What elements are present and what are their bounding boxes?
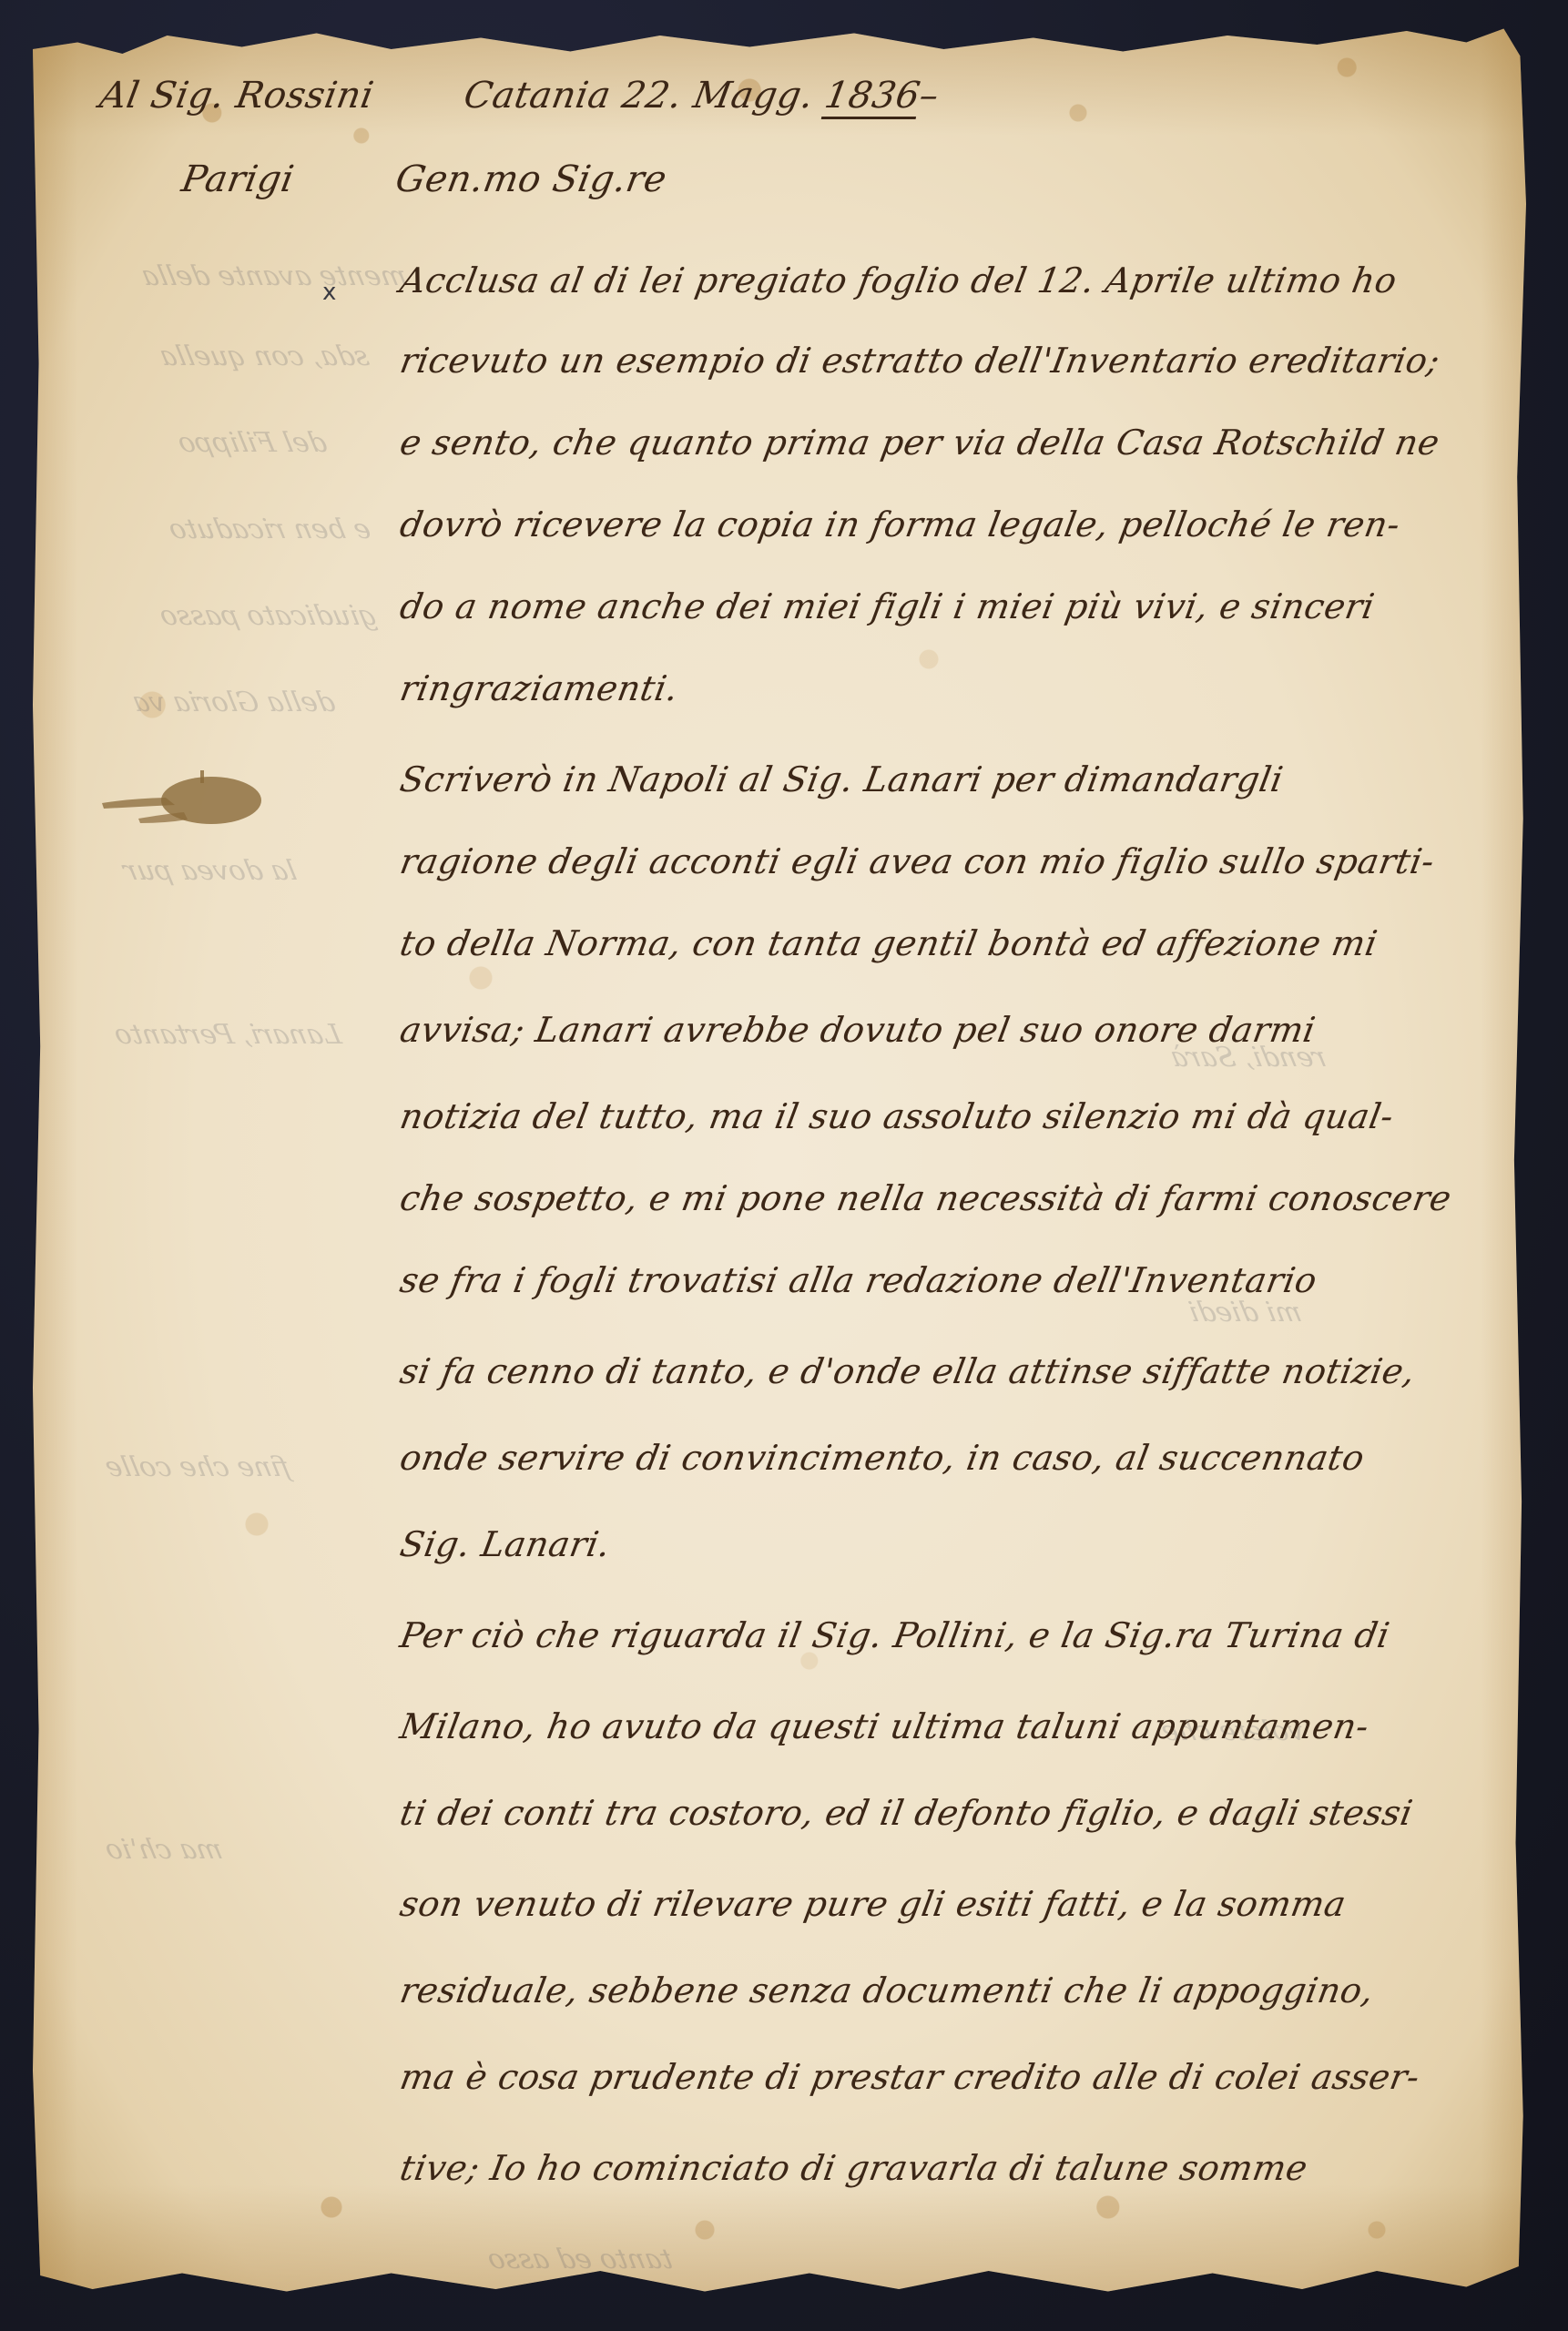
body-line: dovrò ricevere la copia in forma legale,…: [397, 504, 1403, 545]
bleed-through-line: della Gloria va: [129, 687, 338, 718]
bleed-through-line: sda, con quella: [157, 341, 372, 372]
letter-year: 1836: [821, 75, 923, 117]
date-line: Catania 22. Magg. 1836–: [461, 75, 942, 117]
body-line: son venuto di rilevare pure gli esiti fa…: [397, 1884, 1349, 1924]
body-line: si fa cenno di tanto, e d'onde ella atti…: [397, 1351, 1419, 1391]
body-line: notizia del tutto, ma il suo assoluto si…: [397, 1096, 1397, 1136]
bleed-through-line: del Filippo: [175, 427, 330, 459]
letter-sheet: mente avante della sda, con quella del F…: [33, 22, 1526, 2298]
bleed-through-line: la dovea pur: [120, 855, 300, 887]
place-date: Catania 22. Magg.: [461, 75, 817, 117]
body-line: avvisa; Lanari avrebbe dovuto pel suo on…: [397, 1010, 1319, 1050]
body-line: se fra i fogli trovatisi alla redazione …: [397, 1260, 1320, 1300]
margin-x-mark: x: [322, 279, 336, 306]
body-line: che sospetto, e mi pone nella necessità …: [397, 1178, 1454, 1218]
recipient-name: Al Sig. Rossini: [97, 75, 377, 117]
body-line: ma è cosa prudente di prestar credito al…: [397, 2057, 1423, 2097]
body-line: Acclusa al di lei pregiato foglio del 12…: [397, 260, 1400, 300]
ink-stain-icon: [93, 769, 275, 832]
body-line: onde servire di convincimento, in caso, …: [397, 1438, 1368, 1478]
salutation: Gen.mo Sig.re: [392, 158, 670, 200]
bleed-through-line: tanto ed asso: [484, 2244, 676, 2275]
bleed-through-line: giudicato passo: [157, 600, 380, 632]
body-line: Sig. Lanari.: [397, 1524, 614, 1564]
bleed-through-line: ma ch'io: [102, 1834, 225, 1866]
body-line: ragione degli acconti egli avea con mio …: [397, 841, 1438, 881]
body-line: ricevuto un esempio di estratto dell'Inv…: [397, 341, 1443, 381]
bleed-through-line: e ben ricaduto: [166, 514, 373, 545]
body-line: Per ciò che riguarda il Sig. Pollini, e …: [397, 1615, 1393, 1655]
body-line: Scriverò in Napoli al Sig. Lanari per di…: [397, 759, 1287, 799]
bleed-through-line: mi diedi: [1186, 1297, 1304, 1328]
body-line: to della Norma, con tanta gentil bontà e…: [397, 923, 1380, 963]
body-line: Milano, ho avuto da questi ultima taluni…: [397, 1706, 1372, 1746]
bleed-through-line: Lanari, Pertanto: [111, 1019, 344, 1051]
body-line: do a nome anche dei miei figli i miei pi…: [397, 586, 1378, 626]
bleed-through-line: mente avante della: [138, 260, 410, 292]
body-line: e sento, che quanto prima per via della …: [397, 422, 1442, 463]
recipient-location: Parigi: [178, 158, 297, 200]
body-line: ti dei conti tra costoro, ed il defonto …: [397, 1793, 1416, 1833]
body-line: residuale, sebbene senza documenti che l…: [397, 1970, 1377, 2010]
bleed-through-line: fine che colle: [102, 1451, 292, 1483]
body-line: tive; Io ho cominciato di gravarla di ta…: [397, 2148, 1311, 2188]
body-line: ringraziamenti.: [397, 668, 682, 708]
